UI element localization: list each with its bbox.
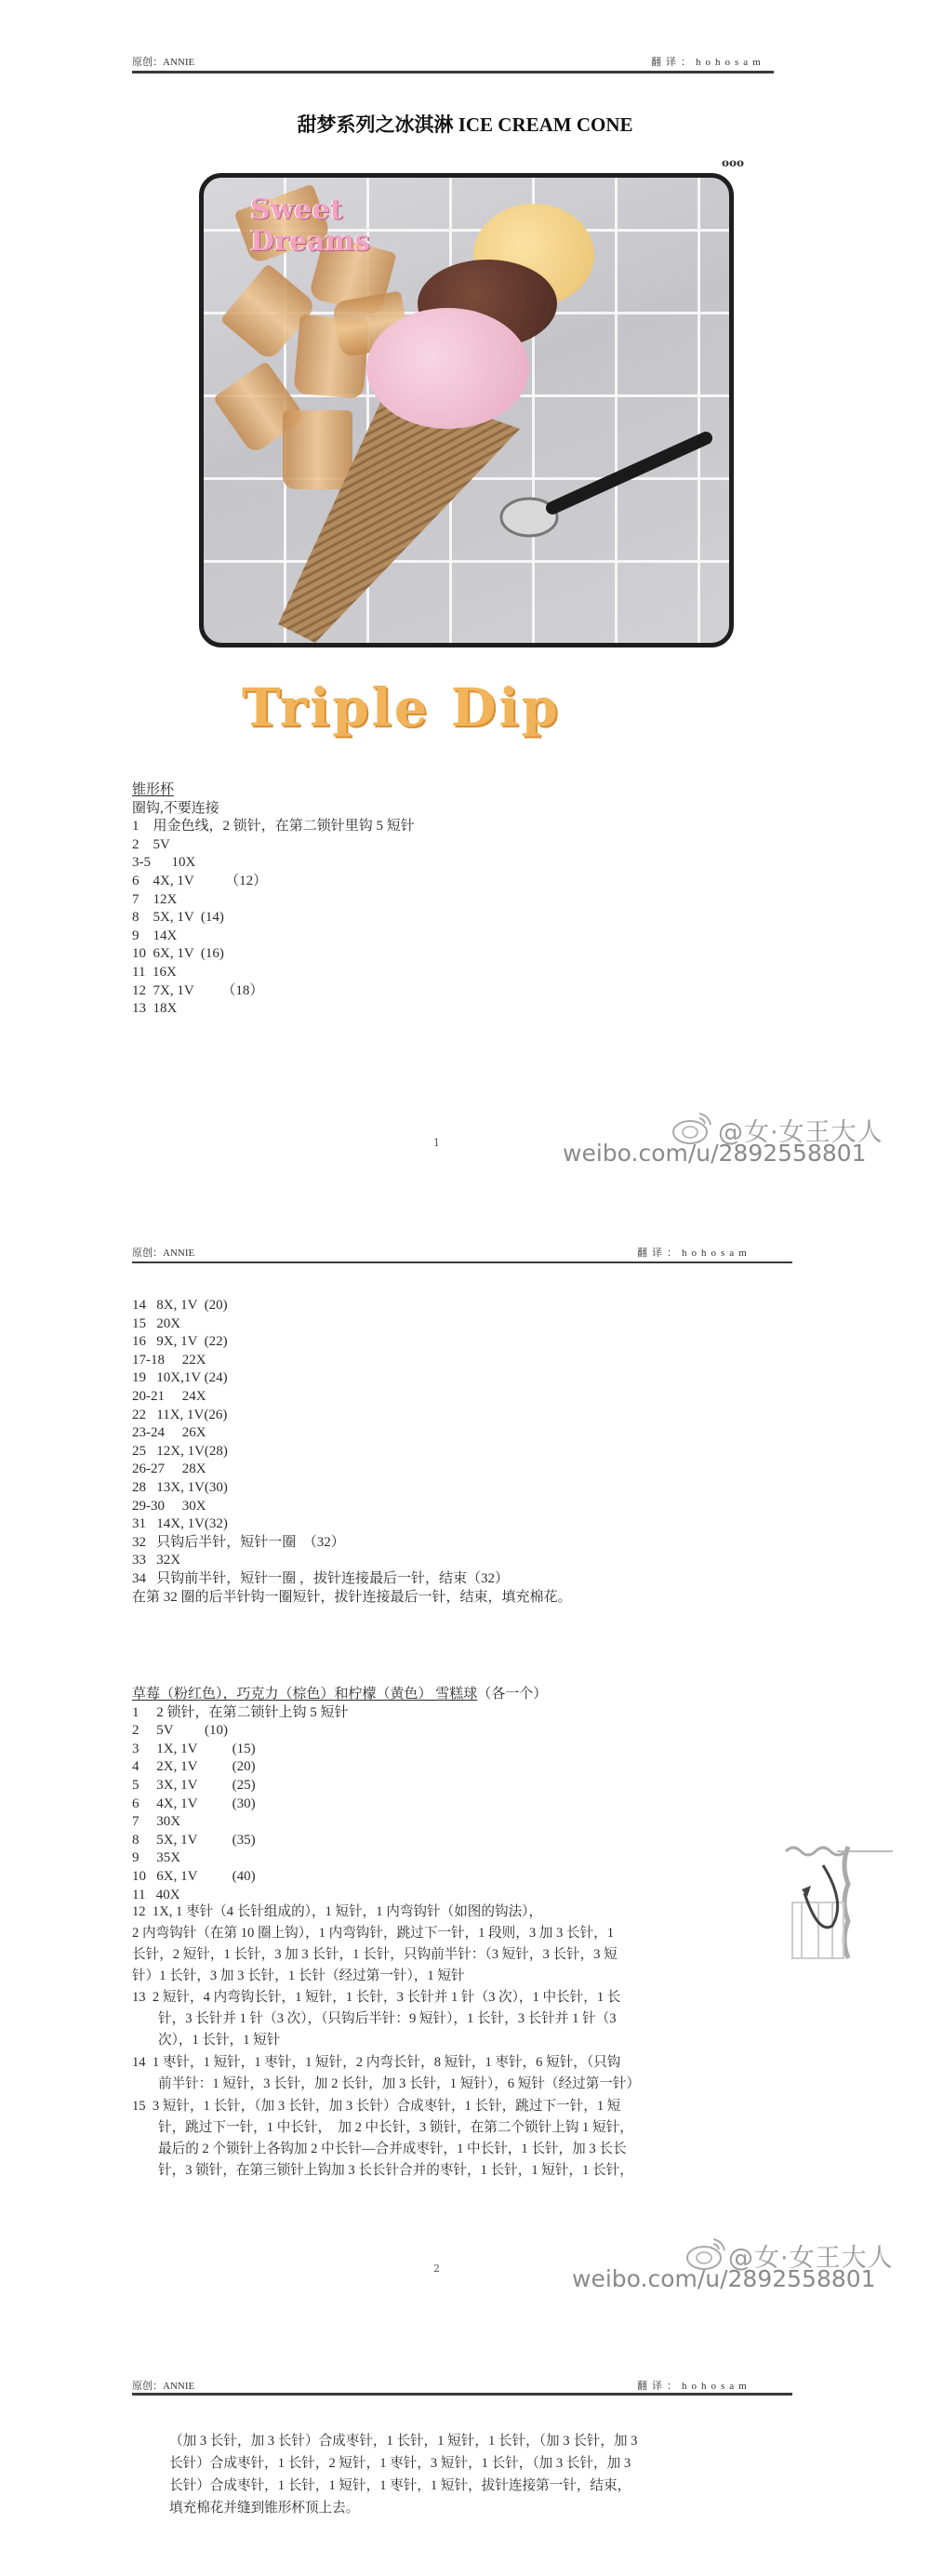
pattern-row: 1 2 锁针，在第二锁针上钩 5 短针 bbox=[132, 1704, 783, 1723]
pattern-row-line: 针，3 长针并 1 针（3 次），（只钩后半针：9 短针），1 长针，3 长针并… bbox=[132, 2009, 746, 2030]
page-number-1: 1 bbox=[433, 1137, 440, 1149]
pattern-row-line: （加 3 长针，加 3 长针）合成枣针，1 长针，1 短针，1 长针，（加 3 … bbox=[169, 2430, 764, 2452]
pattern-row-line: 15 3 短针，1 长针，（加 3 长针，加 3 长针）合成枣针，1 长针，跳过… bbox=[132, 2096, 746, 2117]
pattern-row-line: 12 1X, 1 枣针（4 长针组成的），1 短针，1 内弯钩针（如图的钩法）， bbox=[132, 1902, 746, 1923]
pattern-row: 11 16X bbox=[132, 964, 709, 982]
cone-section-intro: 圈钩,不要连接 bbox=[132, 800, 709, 819]
page1-header-translator: 翻译：hohosam bbox=[651, 54, 765, 69]
page2-header-rule bbox=[132, 1261, 792, 1263]
pattern-row-line: 长针，2 短针，1 长针，3 加 3 长针，1 长针，只钩前半针：（3 短针，3… bbox=[132, 1944, 746, 1966]
page-title: 甜梦系列之冰淇淋 ICE CREAM CONE bbox=[0, 110, 930, 138]
pattern-row: 22 11X, 1V(26) bbox=[132, 1407, 783, 1425]
ice-cream-photo: ooo Sweet Dreams bbox=[186, 156, 744, 761]
pattern-row: 20-21 24X bbox=[132, 1388, 783, 1407]
pattern-row-line: 针，3 锁针，在第三锁针上钩加 3 长长针合并的枣针，1 长针，1 短针，1 长… bbox=[132, 2160, 746, 2182]
pattern-row: 3 1X, 1V (15) bbox=[132, 1741, 783, 1759]
pattern-row: 34 只钩前半针，短针一圈 ，拔针连接最后一针，结束（32） bbox=[132, 1570, 783, 1589]
pattern-row: 12 7X, 1V （18） bbox=[132, 982, 709, 1001]
pattern-row-line: 次），1 长针，1 短针 bbox=[132, 2030, 746, 2051]
pattern-row: 29-30 30X bbox=[132, 1498, 783, 1516]
pattern-row: 3-5 10X bbox=[132, 854, 709, 873]
pattern-row-line: 2 内弯钩针（在第 10 圈上钩），1 内弯钩针，跳过下一针，1 段则，3 加 … bbox=[132, 1923, 746, 1944]
scoop-row-15-continued: （加 3 长针，加 3 长针）合成枣针，1 长针，1 短针，1 长针，（加 3 … bbox=[169, 2430, 764, 2519]
ice-cream-scoop-tool bbox=[473, 429, 729, 559]
pattern-row: 26-27 28X bbox=[132, 1461, 783, 1479]
pattern-row: 1 用金色线，2 锁针，在第二锁针里钩 5 短针 bbox=[132, 818, 709, 836]
pattern-row-line: 长针）合成枣针，1 长针，1 短针，1 枣针，1 短针，拔针连接第一针，结束， bbox=[169, 2475, 764, 2497]
pattern-row-line: 针，跳过下一针，1 中长针， 加 2 中长针，3 锁针，在第二个锁针上钩 1 短… bbox=[132, 2117, 746, 2139]
pattern-row: 16 9X, 1V (22) bbox=[132, 1333, 783, 1352]
front-post-stitch-diagram bbox=[744, 1828, 902, 1968]
pattern-row: 6 4X, 1V （12） bbox=[132, 873, 709, 891]
page2-header-translator: 翻译：hohosam bbox=[637, 1245, 751, 1260]
pattern-row: 6 4X, 1V (30) bbox=[132, 1795, 783, 1814]
scoop-row-13: 13 2 短针，4 内弯钩长针，1 短针，1 长针，3 长针并 1 针（3 次）… bbox=[132, 1987, 746, 2051]
pattern-row: 7 12X bbox=[132, 891, 709, 910]
pattern-row: 10 6X, 1V (16) bbox=[132, 945, 709, 964]
pattern-row-line: 针）1 长针，3 加 3 长针，1 长针（经过第一针），1 短针 bbox=[132, 1966, 746, 1987]
photo-corner-mark: ooo bbox=[722, 156, 744, 169]
page1-header-author: 原创：ANNIE bbox=[132, 54, 194, 69]
photo-frame: Sweet Dreams bbox=[199, 173, 734, 647]
page-number-2: 2 bbox=[433, 2262, 440, 2275]
pattern-row: 9 35X bbox=[132, 1849, 783, 1868]
scoop-row-14: 14 1 枣针，1 短针，1 枣针，1 短针，2 内弯长针，8 短针，1 枣针，… bbox=[132, 2052, 746, 2095]
pattern-row: 13 18X bbox=[132, 1000, 709, 1019]
pattern-row-line: 长针）合成枣针，1 长针，2 短针，1 枣针，3 短针，1 长针，（加 3 长针… bbox=[169, 2452, 764, 2475]
pattern-row-line: 最后的 2 个锁针上各钩加 2 中长针—合并成枣针，1 中长针，1 长针，加 3… bbox=[132, 2139, 746, 2160]
pattern-row-line: 填充棉花并缝到锥形杯顶上去。 bbox=[169, 2497, 764, 2519]
pattern-row-line: 前半针：1 短针，3 长针，加 2 长针，加 3 长针，1 短针），6 短针（经… bbox=[132, 2074, 746, 2095]
scoop-row-15: 15 3 短针，1 长针，（加 3 长针，加 3 长针）合成枣针，1 长针，跳过… bbox=[132, 2096, 746, 2182]
pattern-row-line: 14 1 枣针，1 短针，1 枣针，1 短针，2 内弯长针，8 短针，1 枣针，… bbox=[132, 2052, 746, 2074]
pattern-row: 9 14X bbox=[132, 928, 709, 946]
pattern-row: 5 3X, 1V (25) bbox=[132, 1777, 783, 1795]
page2-header-author: 原创：ANNIE bbox=[132, 1245, 194, 1260]
scoop-row-12: 12 1X, 1 枣针（4 长针组成的），1 短针，1 内弯钩针（如图的钩法），… bbox=[132, 1902, 746, 1987]
pattern-row: 19 10X,1V (24) bbox=[132, 1369, 783, 1388]
pattern-row: 2 5V (10) bbox=[132, 1722, 783, 1741]
pattern-row: 8 5X, 1V (35) bbox=[132, 1832, 783, 1850]
pattern-row: 7 30X bbox=[132, 1813, 783, 1832]
watermark-url: weibo.com/u/2892558801 bbox=[572, 2265, 876, 2292]
pattern-row: 10 6X, 1V (40) bbox=[132, 1868, 783, 1887]
cone-closing-note: 在第 32 圈的后半针钩一圈短针，拔针连接最后一针，结束，填充棉花。 bbox=[132, 1589, 783, 1608]
cone-section-continued: 14 8X, 1V (20) 15 20X 16 9X, 1V (22) 17-… bbox=[132, 1297, 783, 1607]
watermark-url: weibo.com/u/2892558801 bbox=[563, 1140, 867, 1167]
pattern-row: 15 20X bbox=[132, 1315, 783, 1334]
pattern-row: 28 13X, 1V(30) bbox=[132, 1479, 783, 1498]
cone-section: 锥形杯 圈钩,不要连接 1 用金色线，2 锁针，在第二锁针里钩 5 短针 2 5… bbox=[132, 781, 709, 1019]
pattern-row: 14 8X, 1V (20) bbox=[132, 1297, 783, 1315]
pattern-row: 8 5X, 1V (14) bbox=[132, 909, 709, 928]
page3-header-translator: 翻译：hohosam bbox=[637, 2378, 751, 2393]
triple-dip-caption: Triple Dip bbox=[242, 677, 561, 739]
scoop-section-heading: 草莓（粉红色），巧克力（棕色）和柠檬（黄色） 雪糕球 bbox=[132, 1687, 477, 1702]
pattern-row: 25 12X, 1V(28) bbox=[132, 1443, 783, 1462]
pattern-row: 32 只钩后半针，短针一圈 （32） bbox=[132, 1534, 783, 1553]
page3-header-rule bbox=[132, 2393, 792, 2396]
page1-header-rule bbox=[132, 71, 774, 73]
pattern-row: 2 5V bbox=[132, 836, 709, 855]
pattern-row: 23-24 26X bbox=[132, 1424, 783, 1443]
pattern-row: 33 32X bbox=[132, 1552, 783, 1570]
scoop-section-heading-suffix: （各一个） bbox=[477, 1687, 547, 1702]
pattern-row-line: 13 2 短针，4 内弯钩长针，1 短针，1 长针，3 长针并 1 针（3 次）… bbox=[132, 1987, 746, 2009]
scoop-section: 草莓（粉红色），巧克力（棕色）和柠檬（黄色） 雪糕球（各一个） 1 2 锁针，在… bbox=[132, 1686, 783, 1904]
page3-header-author: 原创：ANNIE bbox=[132, 2378, 194, 2393]
pattern-row: 31 14X, 1V(32) bbox=[132, 1515, 783, 1534]
strawberry-scoop bbox=[366, 308, 529, 429]
pattern-row: 4 2X, 1V (20) bbox=[132, 1758, 783, 1777]
pattern-row: 17-18 22X bbox=[132, 1352, 783, 1370]
cone-section-heading: 锥形杯 bbox=[132, 781, 709, 800]
